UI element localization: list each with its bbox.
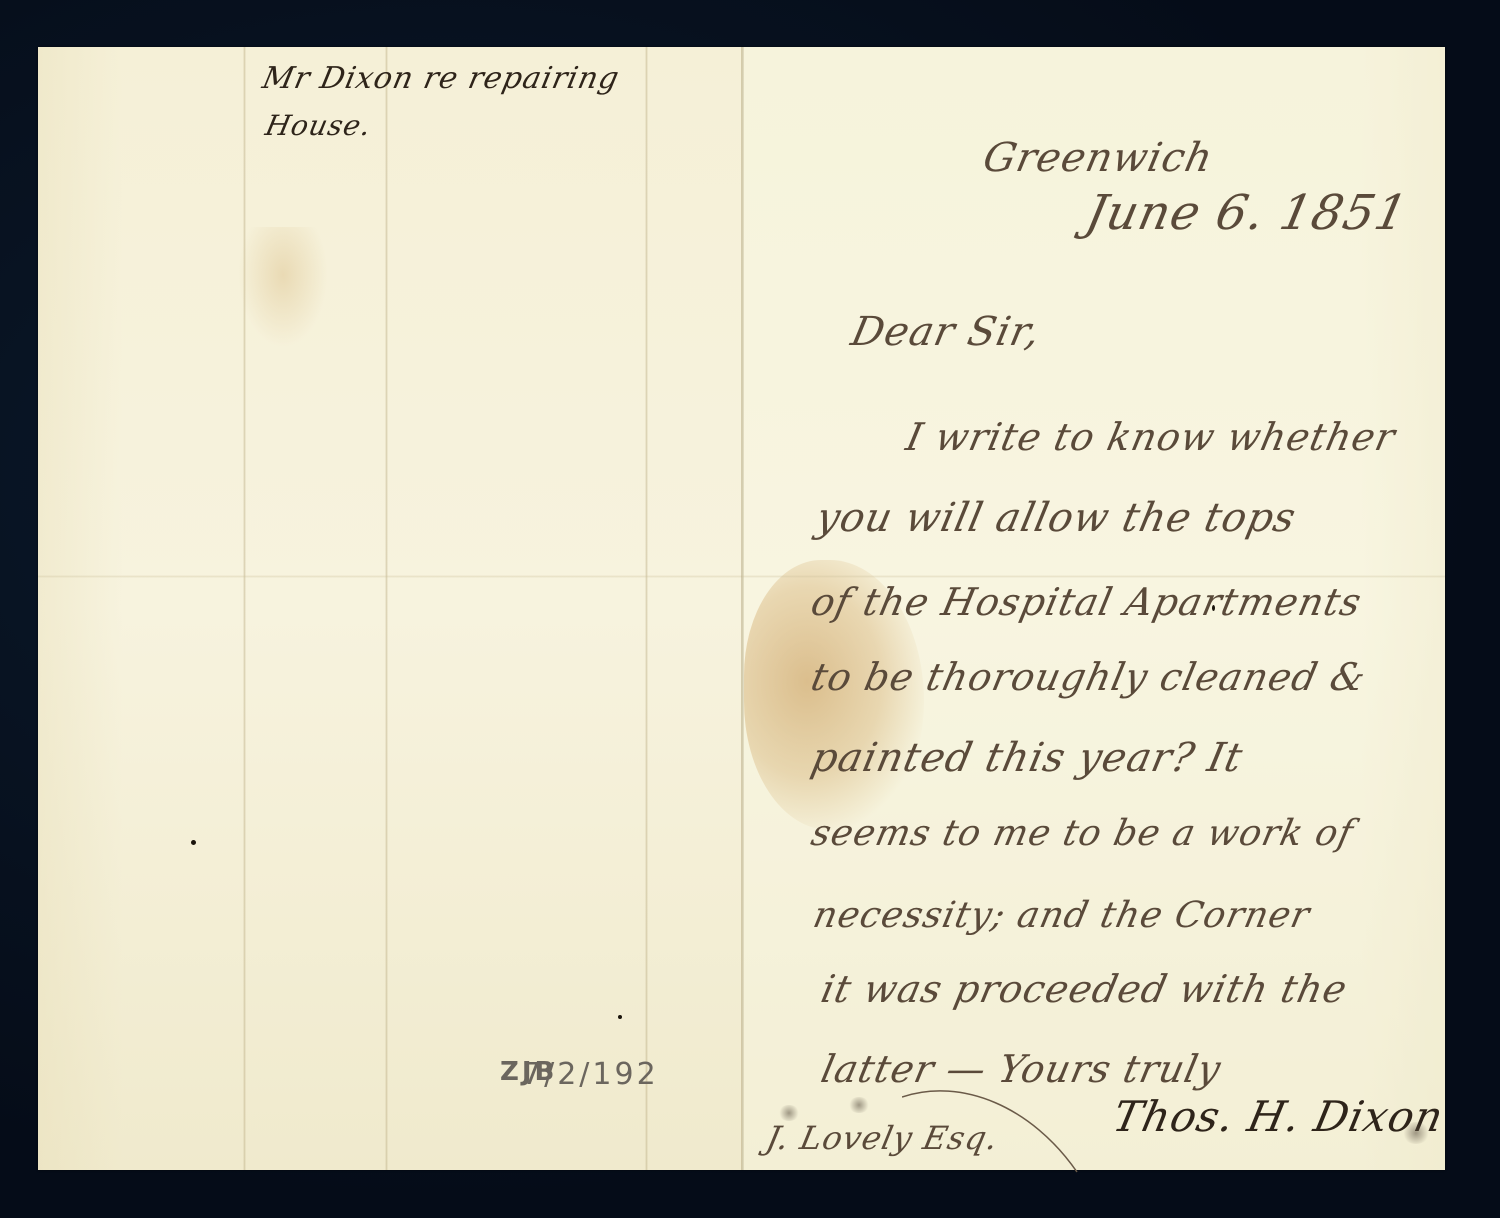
body-line: painted this year? It [807,735,1247,781]
ink-smudge [1402,1122,1430,1144]
docket-note-line-1: Mr Dixon re repairing [259,61,622,96]
body-line: you will allow the tops [812,495,1300,541]
fold-line [742,575,1445,578]
ink-speck [191,840,196,845]
ink-smudge [778,1105,800,1121]
body-line: necessity; and the Corner [810,895,1314,936]
letter-place: Greenwich [979,135,1217,181]
ink-speck [1212,605,1215,611]
letter-sheet: Mr Dixon re repairing House. ZJB 7/2/192… [38,47,1445,1170]
fold-line [243,47,246,1170]
water-stain [238,227,328,347]
fold-line [385,47,388,1170]
body-line: to be thoroughly cleaned & [807,655,1370,699]
body-line: of the Hospital Apartments [807,580,1365,624]
right-page: Greenwich June 6. 1851 Dear Sir, I write… [742,47,1445,1170]
body-line: seems to me to be a work of [808,813,1358,854]
letter-signature: Thos. H. Dixon [1109,1092,1448,1141]
archive-number: 7/2/192 [522,1057,659,1092]
ink-smudge [848,1097,870,1113]
body-line: I write to know whether [902,415,1399,459]
docket-note-line-2: House. [262,109,374,142]
body-line: it was proceeded with the [817,967,1351,1011]
letter-addressee: J. Lovely Esq. [763,1119,1002,1157]
letter-date: June 6. 1851 [1081,185,1413,241]
ink-speck [618,1015,622,1019]
fold-line [38,575,742,578]
letter-salutation: Dear Sir, [847,309,1045,355]
fold-line [645,47,648,1170]
left-page: Mr Dixon re repairing House. ZJB 7/2/192 [38,47,742,1170]
